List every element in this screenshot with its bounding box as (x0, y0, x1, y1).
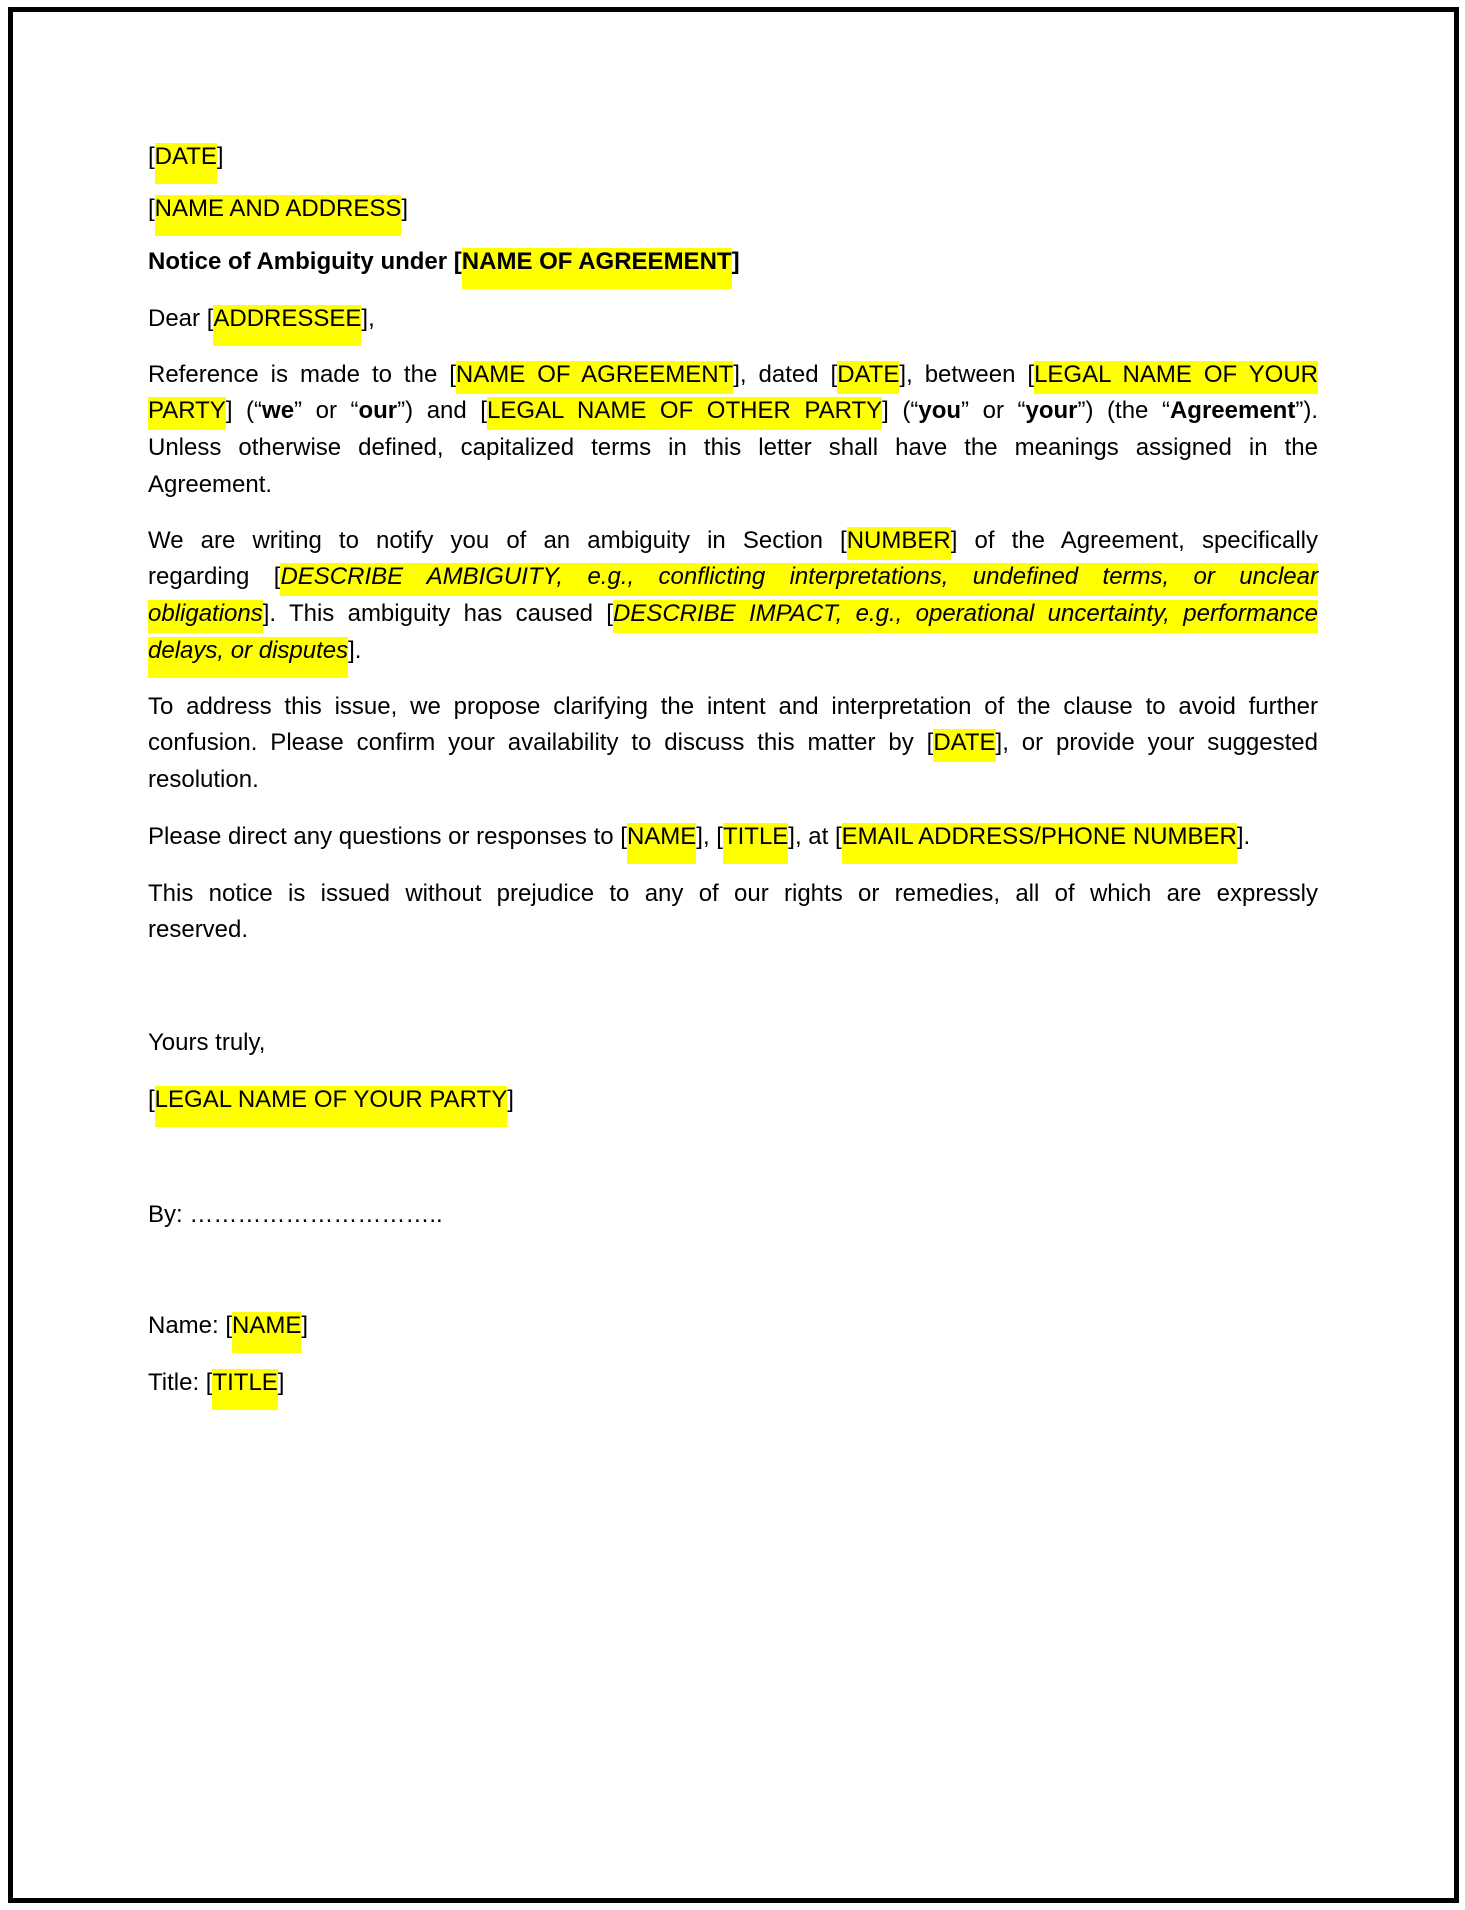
para2-line4: delays, or disputes]. (148, 633, 1318, 669)
para3-line3: resolution. (148, 762, 1318, 798)
your-party-placeholder-cont[interactable]: PARTY (148, 397, 226, 430)
para2-line2: regarding [DESCRIBE AMBIGUITY, e.g., con… (148, 559, 1318, 595)
text: ]. This ambiguity has caused [ (263, 600, 613, 627)
defined-term-agreement: Agreement (1170, 397, 1295, 424)
defined-term-we: we (262, 397, 294, 424)
signer-title-placeholder[interactable]: TITLE (212, 1369, 277, 1410)
bracket: [ (148, 143, 155, 170)
salutation-suffix: ], (361, 305, 374, 332)
recipient-line: [NAME AND ADDRESS] (148, 191, 1318, 227)
para1-line4: Agreement. (148, 467, 1318, 503)
para1-line2: PARTY] (“we” or “our”) and [LEGAL NAME O… (148, 393, 1318, 429)
text: ”) (the “ (1078, 397, 1170, 424)
section-number-placeholder[interactable]: NUMBER (847, 527, 951, 560)
salutation-prefix: Dear [ (148, 305, 213, 332)
defined-term-our: our (358, 397, 397, 424)
text: ] of the Agreement, specifically (951, 527, 1318, 554)
text: ], between [ (899, 361, 1034, 388)
other-party-placeholder[interactable]: LEGAL NAME OF OTHER PARTY (487, 397, 882, 430)
contact-name-placeholder[interactable]: NAME (627, 823, 696, 864)
text: ] (“ (226, 397, 262, 424)
bracket: [ (148, 1086, 155, 1113)
ambiguity-placeholder-cont[interactable]: obligations (148, 600, 263, 633)
text: We are writing to notify you of an ambig… (148, 527, 847, 554)
text: ], [ (696, 823, 723, 850)
your-party-placeholder[interactable]: LEGAL NAME OF YOUR (1034, 361, 1318, 394)
bracket: [ (148, 195, 155, 222)
text: ” or “ (961, 397, 1025, 424)
contact-title-placeholder[interactable]: TITLE (723, 823, 788, 864)
text: ], at [ (788, 823, 841, 850)
text: ], dated [ (733, 361, 837, 388)
defined-term-you: you (918, 397, 961, 424)
page (8, 7, 1459, 1903)
defined-term-your: your (1025, 397, 1077, 424)
para3-line1: To address this issue, we propose clarif… (148, 689, 1318, 725)
signatory-placeholder[interactable]: LEGAL NAME OF YOUR PARTY (155, 1086, 508, 1127)
text: regarding [ (148, 563, 280, 590)
text: ]. (1237, 823, 1250, 850)
response-date-placeholder[interactable]: DATE (933, 729, 995, 762)
contact-details-placeholder[interactable]: EMAIL ADDRESS/PHONE NUMBER (842, 823, 1237, 864)
name-line: Name: [NAME] (148, 1308, 1318, 1344)
addressee-placeholder[interactable]: ADDRESSEE (213, 305, 361, 346)
bracket: ] (278, 1369, 285, 1396)
impact-placeholder-cont[interactable]: delays, or disputes (148, 637, 348, 678)
signatory-line: [LEGAL NAME OF YOUR PARTY] (148, 1082, 1318, 1118)
text: Please direct any questions or responses… (148, 823, 627, 850)
para1-line3: Unless otherwise defined, capitalized te… (148, 430, 1318, 466)
subject-line: Notice of Ambiguity under [NAME OF AGREE… (148, 244, 1318, 280)
text: ] (“ (882, 397, 918, 424)
recipient-placeholder[interactable]: NAME AND ADDRESS (155, 195, 402, 236)
para1-line1: Reference is made to the [NAME OF AGREEM… (148, 357, 1318, 393)
title-label: Title: [ (148, 1369, 212, 1396)
subject-suffix: ] (732, 248, 740, 275)
title-line: Title: [TITLE] (148, 1365, 1318, 1401)
date-line: [DATE] (148, 139, 1318, 175)
text: ” or “ (294, 397, 358, 424)
para5-line2: reserved. (148, 912, 1318, 948)
text: Reference is made to the [ (148, 361, 456, 388)
closing: Yours truly, (148, 1025, 1318, 1061)
para2-line1: We are writing to notify you of an ambig… (148, 523, 1318, 559)
text: ], or provide your suggested (996, 729, 1318, 756)
agreement-date-placeholder[interactable]: DATE (837, 361, 899, 394)
para4-line1: Please direct any questions or responses… (148, 819, 1318, 855)
bracket: ] (507, 1086, 514, 1113)
text: ”). (1295, 397, 1318, 424)
subject-agreement-placeholder[interactable]: NAME OF AGREEMENT (462, 248, 732, 289)
para3-line2: confusion. Please confirm your availabil… (148, 725, 1318, 761)
signature-line: By: ………………………….. (148, 1197, 1318, 1233)
impact-placeholder[interactable]: DESCRIBE IMPACT, e.g., operational uncer… (613, 600, 1318, 633)
text: confusion. Please confirm your availabil… (148, 729, 933, 756)
ambiguity-placeholder[interactable]: DESCRIBE AMBIGUITY, e.g., conflicting in… (280, 563, 1318, 596)
subject-prefix: Notice of Ambiguity under [ (148, 248, 462, 275)
bracket: ] (301, 1312, 308, 1339)
signer-name-placeholder[interactable]: NAME (232, 1312, 301, 1353)
date-placeholder[interactable]: DATE (155, 143, 217, 184)
text: ]. (348, 637, 361, 664)
text: ”) and [ (397, 397, 487, 424)
bracket: ] (401, 195, 408, 222)
bracket: ] (217, 143, 224, 170)
salutation-line: Dear [ADDRESSEE], (148, 301, 1318, 337)
para5-line1: This notice is issued without prejudice … (148, 876, 1318, 912)
para2-line3: obligations]. This ambiguity has caused … (148, 596, 1318, 632)
agreement-name-placeholder[interactable]: NAME OF AGREEMENT (456, 361, 733, 394)
name-label: Name: [ (148, 1312, 232, 1339)
